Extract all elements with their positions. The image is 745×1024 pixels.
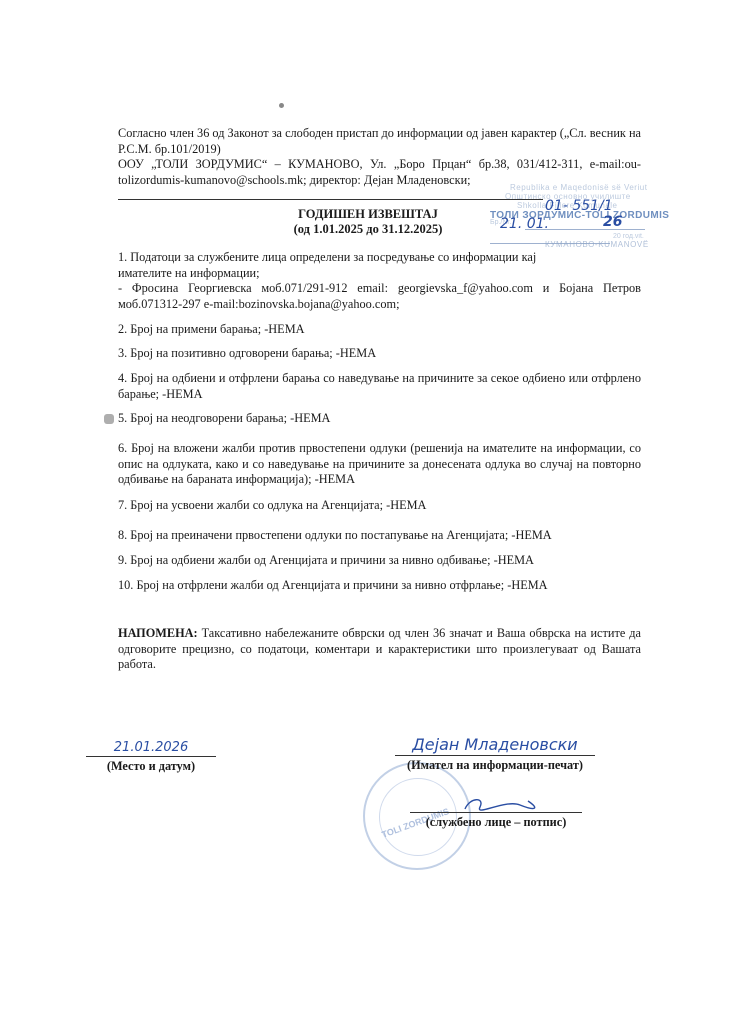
- list-item: 1. Податоци за службените лица определен…: [118, 250, 641, 312]
- scan-speck: [279, 103, 284, 108]
- place-and-date-block: 21.01.2026 (Место и датум): [86, 740, 216, 774]
- note: НАПОМЕНА: Таксативно набележаните обврск…: [118, 626, 641, 673]
- official-signature-line: [410, 812, 582, 813]
- owner-caption: (Имател на информации-печат): [395, 758, 595, 773]
- handwritten-date: 21.01.2026: [86, 740, 216, 755]
- header-divider: [118, 199, 543, 200]
- handwritten-signature-director: Дејан Младеновски: [395, 735, 595, 754]
- title-main: ГОДИШЕН ИЗВЕШТАЈ: [248, 207, 488, 222]
- date-caption: (Место и датум): [86, 759, 216, 774]
- list-item: 4. Број на одбиени и отфрлени барања со …: [118, 371, 641, 402]
- official-signature-scribble: [410, 797, 582, 811]
- handwritten-registry-number: 01- 551/1: [545, 198, 613, 214]
- date-line: [86, 756, 216, 757]
- title-period: (од 1.01.2025 до 31.12.2025): [248, 222, 488, 237]
- list-item: 2. Број на примени барања; -НЕМА: [118, 322, 641, 338]
- official-caption: (службено лице – потпис): [410, 815, 582, 830]
- official-signature-block: (службено лице – потпис): [410, 797, 582, 830]
- list-item: 6. Број на вложени жалби против првостеп…: [118, 441, 641, 488]
- legal-basis: Согласно член 36 од Законот за слободен …: [118, 126, 641, 157]
- owner-signature-line: [395, 755, 595, 756]
- report-title: ГОДИШЕН ИЗВЕШТАЈ (од 1.01.2025 до 31.12.…: [248, 207, 488, 237]
- document-header: Согласно член 36 од Законот за слободен …: [118, 126, 641, 188]
- list-item: 7. Број на усвоени жалби со одлука на Аг…: [118, 498, 641, 514]
- list-item: 5. Број на неодговорени барања; -НЕМА: [118, 411, 641, 427]
- scan-mark-icon: [104, 414, 114, 424]
- stamp-country: Republika e Maqedonisë së Veriut: [510, 183, 647, 192]
- list-item: 9. Број на одбиени жалби од Агенцијата и…: [118, 553, 641, 569]
- handwritten-registry-year: 26: [603, 214, 622, 230]
- list-item: 8. Број на преиначени првостепени одлуки…: [118, 528, 641, 544]
- document-page: Согласно член 36 од Законот за слободен …: [0, 0, 745, 1024]
- handwritten-registry-date: 21. 01.: [500, 216, 549, 232]
- list-item: 10. Број на отфрлени жалби од Агенцијата…: [118, 578, 641, 594]
- stamp-city: КУМАНОВО-KUMANOVË: [545, 240, 649, 249]
- stamp-year-label: 20 год.vit.: [613, 233, 644, 240]
- list-item: 3. Број на позитивно одговорени барања; …: [118, 346, 641, 362]
- note-label: НАПОМЕНА:: [118, 626, 198, 640]
- information-holder-block: Дејан Младеновски (Имател на информации-…: [395, 735, 595, 773]
